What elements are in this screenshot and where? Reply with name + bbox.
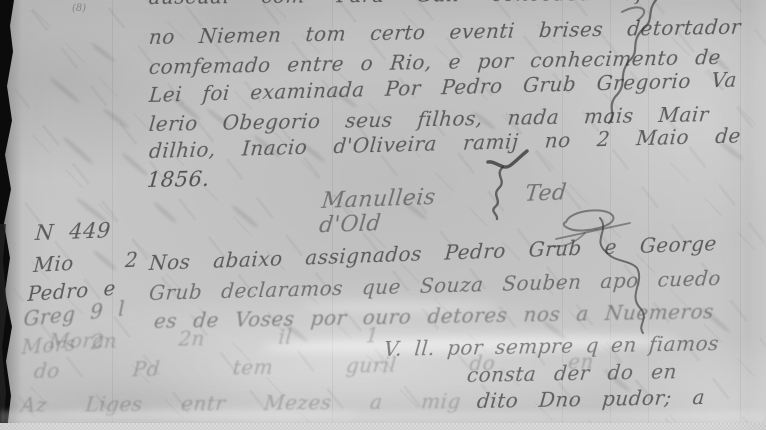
scan-vignette: [0, 0, 766, 430]
scanned-register-page: (8) auscuai com Para Guil concedeu af au…: [0, 0, 766, 430]
